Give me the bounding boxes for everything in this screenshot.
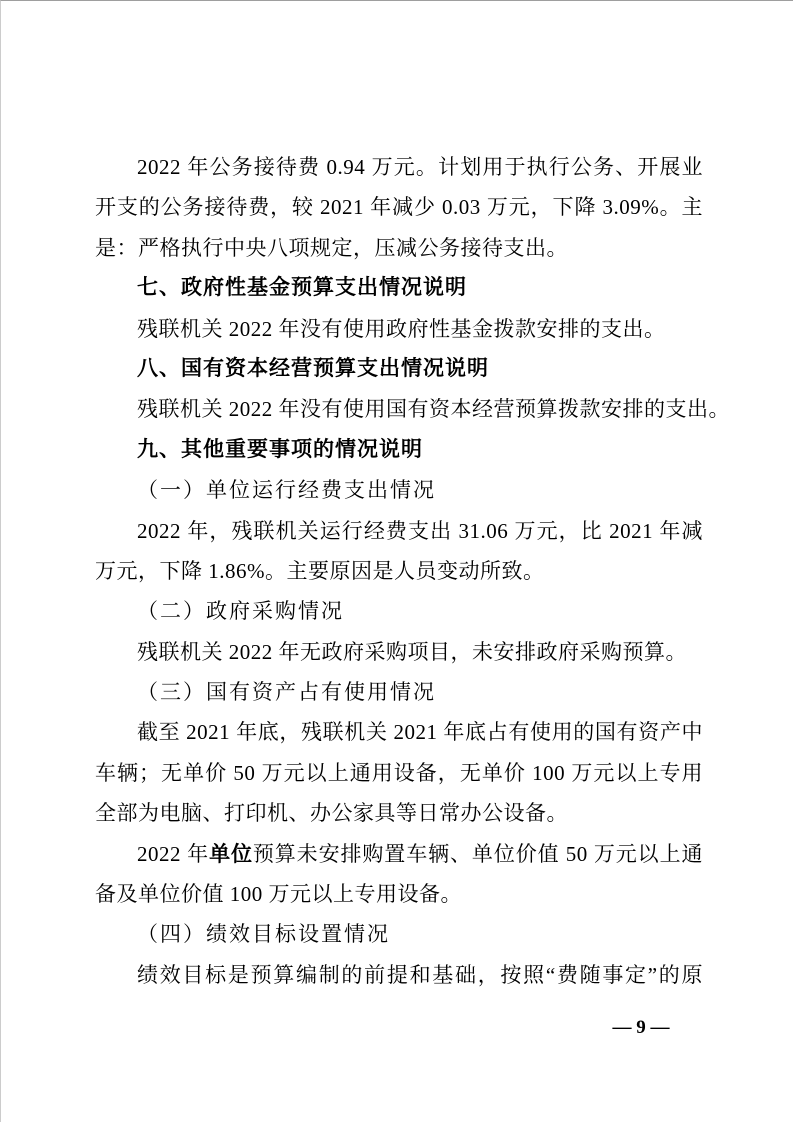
- body-line-segment: 2022 年: [137, 842, 209, 866]
- body-line: 残联机关 2022 年没有使用国有资本经营预算拨款安排的支出。: [95, 389, 703, 429]
- body-line-segment-bold: 单位: [209, 843, 253, 866]
- body-line: 备及单位价值 100 万元以上专用设备。: [95, 874, 703, 914]
- body-line: 开支的公务接待费，较 2021 年减少 0.03 万元，下降 3.09%。主要原…: [95, 187, 703, 227]
- body-line: 残联机关 2022 年无政府采购项目，未安排政府采购预算。: [95, 632, 703, 672]
- body-line: 2022 年，残联机关运行经费支出 31.06 万元，比 2021 年减少 0.…: [95, 511, 703, 551]
- body-line: 是：严格执行中央八项规定，压减公务接待支出。: [95, 228, 703, 268]
- subheading-1: （一）单位运行经费支出情况: [95, 470, 703, 510]
- heading-section-8: 八、国有资本经营预算支出情况说明: [95, 349, 703, 389]
- document-body: 2022 年公务接待费 0.94 万元。计划用于执行公务、开展业务活动 开支的公…: [95, 147, 703, 995]
- body-line: 绩效目标是预算编制的前提和基础，按照“费随事定”的原则，2022: [95, 955, 703, 995]
- body-line: 残联机关 2022 年没有使用政府性基金拨款安排的支出。: [95, 309, 703, 349]
- heading-section-7: 七、政府性基金预算支出情况说明: [95, 268, 703, 308]
- document-page: 2022 年公务接待费 0.94 万元。计划用于执行公务、开展业务活动 开支的公…: [0, 0, 793, 1122]
- body-line: 全部为电脑、打印机、办公家具等日常办公设备。: [95, 793, 703, 833]
- subheading-2: （二）政府采购情况: [95, 591, 703, 631]
- body-line: 2022 年单位预算未安排购置车辆、单位价值 50 万元以上通用设: [95, 834, 703, 874]
- heading-section-9: 九、其他重要事项的情况说明: [95, 430, 703, 470]
- subheading-4: （四）绩效目标设置情况: [95, 914, 703, 954]
- body-line: 截至 2021 年底，残联机关 2021 年底占有使用的国有资产中没有: [95, 712, 703, 752]
- page-number: — 9 —: [576, 1013, 706, 1043]
- body-line: 车辆；无单价 50 万元以上通用设备，无单价 100 万元以上专用设备，: [95, 753, 703, 793]
- subheading-3: （三）国有资产占有使用情况: [95, 672, 703, 712]
- body-line: 万元，下降 1.86%。主要原因是人员变动所致。: [95, 551, 703, 591]
- body-line: 2022 年公务接待费 0.94 万元。计划用于执行公务、开展业务活动: [95, 147, 703, 187]
